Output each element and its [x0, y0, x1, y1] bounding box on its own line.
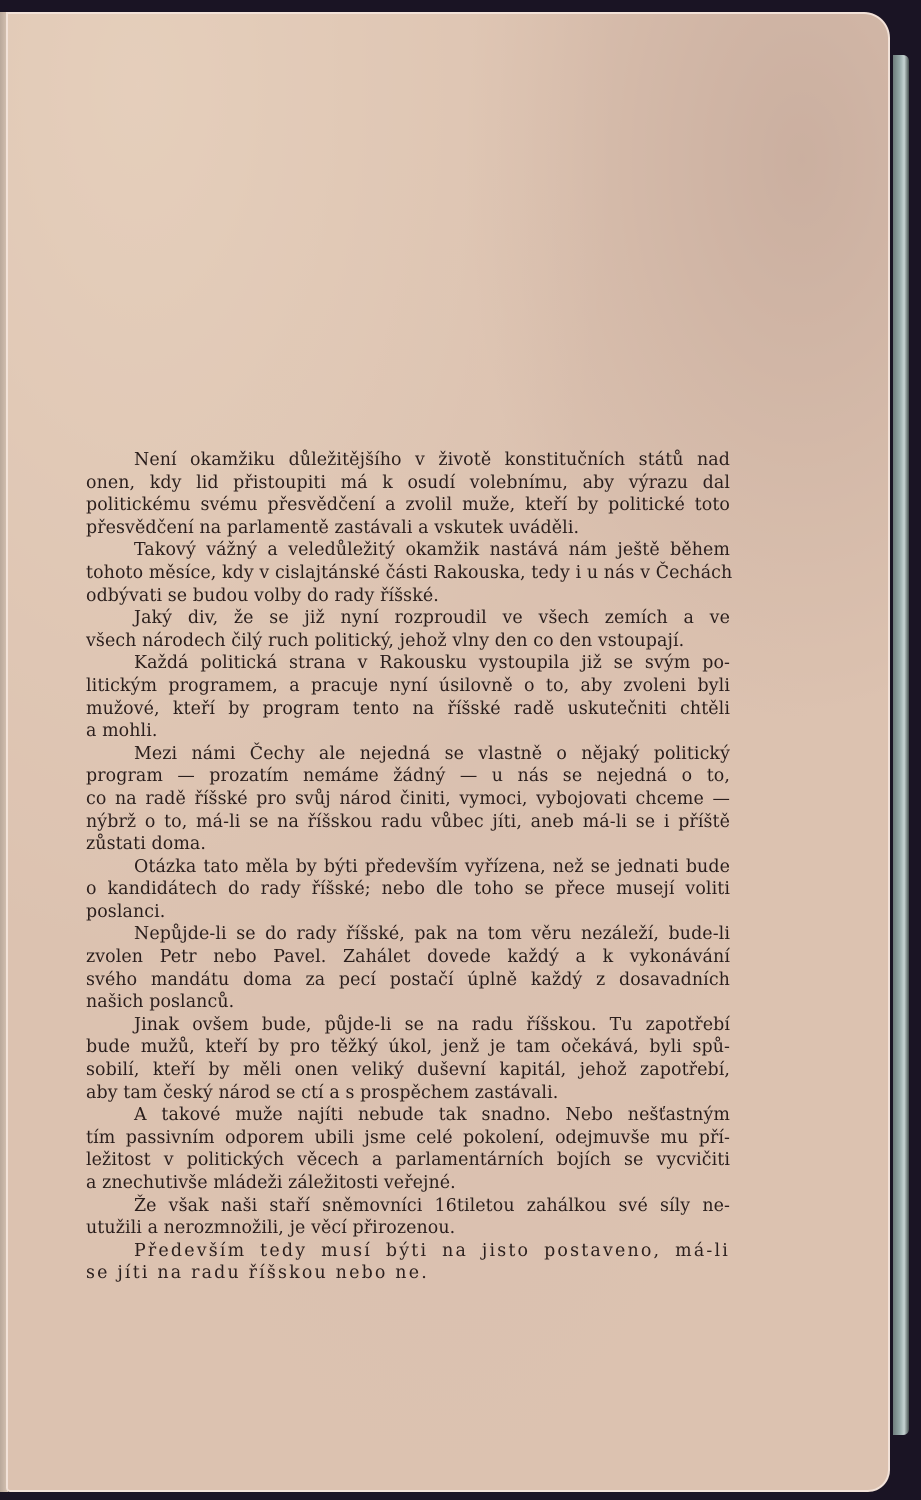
- text-line: Nepůjde-li se do rady říšské, pak na tom…: [86, 923, 730, 946]
- paragraph: Především tedy musí býti na jisto postav…: [86, 1240, 730, 1285]
- text-line: Mezi námi Čechy ale nejedná se vlastně o…: [86, 743, 730, 766]
- text-line: svého mandátu doma za pecí postačí úplně…: [86, 969, 730, 992]
- text-line: Že však naši staří sněmovníci 16tiletou …: [86, 1195, 730, 1218]
- text-line: aby tam český národ se ctí a s prospěche…: [86, 1082, 730, 1105]
- text-line: co na radě říšské pro svůj národ činiti,…: [86, 788, 730, 811]
- paragraph: Nepůjde-li se do rady říšské, pak na tom…: [86, 923, 730, 1013]
- paragraph: Otázka tato měla by býti především vyříz…: [86, 856, 730, 924]
- paragraph: Mezi námi Čechy ale nejedná se vlastně o…: [86, 743, 730, 856]
- text-line: Především tedy musí býti na jisto postav…: [86, 1240, 730, 1263]
- text-line: o kandidátech do rady říšské; nebo dle t…: [86, 878, 730, 901]
- text-line: a mohli.: [86, 720, 730, 743]
- paragraph: A takové muže najíti nebude tak snadno. …: [86, 1104, 730, 1194]
- paragraph: Každá politická strana v Rakousku vystou…: [86, 652, 730, 742]
- text-line: se jíti na radu říšskou nebo ne.: [86, 1262, 730, 1285]
- paragraph: Takový vážný a veledůležitý okamžik nast…: [86, 539, 730, 607]
- text-line: Jinak ovšem bude, půjde-li se na radu ří…: [86, 1014, 730, 1037]
- text-line: zvolen Petr nebo Pavel. Zahálet dovede k…: [86, 946, 730, 969]
- paragraph: Není okamžiku důležitějšího v životě kon…: [86, 449, 730, 539]
- text-line: všech národech čilý ruch politický, jeho…: [86, 630, 730, 653]
- text-line: mužové, kteří by program tento na říšské…: [86, 698, 730, 721]
- text-line: poslanci.: [86, 901, 730, 924]
- document-page: Není okamžiku důležitějšího v životě kon…: [6, 12, 890, 1492]
- text-line: utužili a nerozmnožili, je věcí přirozen…: [86, 1217, 730, 1240]
- text-line: přesvědčení na parlamentě zastávali a vs…: [86, 517, 730, 540]
- text-line: program — prozatím nemáme žádný — u nás …: [86, 765, 730, 788]
- text-line: ležitost v politických věcech a parlamen…: [86, 1149, 730, 1172]
- text-line: Jaký div, že se již nyní rozproudil ve v…: [86, 607, 730, 630]
- paragraph: Že však naši staří sněmovníci 16tiletou …: [86, 1195, 730, 1240]
- back-cover-edge: [893, 55, 909, 1435]
- text-line: litickým programem, a pracuje nyní úsilo…: [86, 675, 730, 698]
- paragraph: Jaký div, že se již nyní rozproudil ve v…: [86, 607, 730, 652]
- paragraph: Jinak ovšem bude, půjde-li se na radu ří…: [86, 1014, 730, 1104]
- text-line: bude mužů, kteří by pro těžký úkol, jenž…: [86, 1036, 730, 1059]
- text-line: našich poslanců.: [86, 991, 730, 1014]
- text-line: a znechutivše mládeži záležitosti veřejn…: [86, 1172, 730, 1195]
- text-line: nýbrž o to, má-li se na říšskou radu vůb…: [86, 811, 730, 834]
- text-line: onen, kdy lid přistoupiti má k osudí vol…: [86, 472, 730, 495]
- body-text: Není okamžiku důležitějšího v životě kon…: [86, 449, 730, 1285]
- text-line: zůstati doma.: [86, 833, 730, 856]
- text-line: Takový vážný a veledůležitý okamžik nast…: [86, 539, 730, 562]
- text-line: A takové muže najíti nebude tak snadno. …: [86, 1104, 730, 1127]
- text-line: politickému svému přesvědčení a zvolil m…: [86, 494, 730, 517]
- text-line: odbývati se budou volby do rady říšské.: [86, 585, 730, 608]
- text-line: sobilí, kteří by měli onen veliký duševn…: [86, 1059, 730, 1082]
- text-line: tohoto měsíce, kdy v cislajtánské části …: [86, 562, 730, 585]
- text-line: Otázka tato měla by býti především vyříz…: [86, 856, 730, 879]
- text-line: Není okamžiku důležitějšího v životě kon…: [86, 449, 730, 472]
- text-line: Každá politická strana v Rakousku vystou…: [86, 652, 730, 675]
- text-line: tím passivním odporem ubili jsme celé po…: [86, 1127, 730, 1150]
